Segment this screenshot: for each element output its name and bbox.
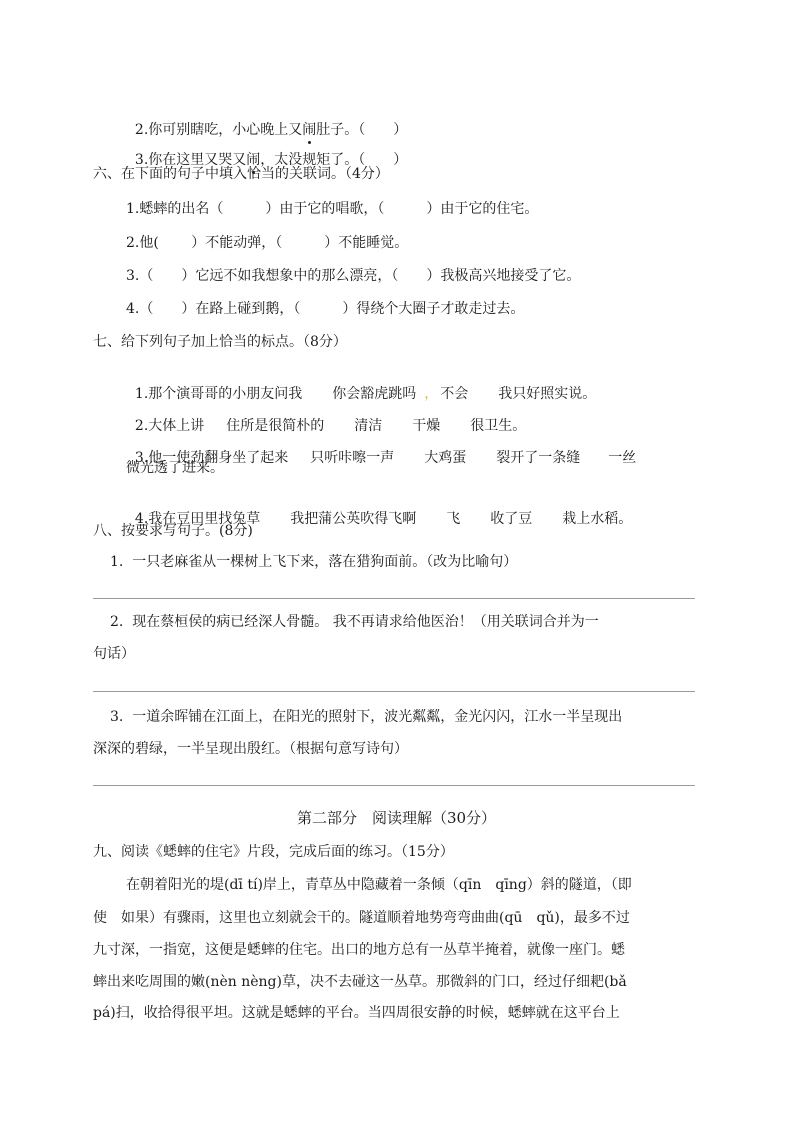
clause: 只听咔嚓一声 — [310, 450, 394, 466]
passage-line-5: pá)扫，收拾得很平坦。这就是蟋蟀的平台。当四周很安静的时候，蟋蟀就在这平台上 — [93, 1003, 620, 1023]
clause: 收了豆 — [490, 511, 532, 527]
clause: 一丝 — [608, 450, 636, 466]
question-8-item-3: 3. 一道余晖铺在江面上，在阳光的照射下，波光粼粼，金光闪闪，江水一半呈现出 — [110, 707, 622, 727]
answer-line-1[interactable] — [93, 598, 695, 599]
clause: 大鸡蛋 — [424, 450, 466, 466]
section-7-title: 七、给下列句子加上恰当的标点。（8分） — [93, 332, 347, 352]
question-8-item-2: 2. 现在蔡桓侯的病已经深人骨髓。 我不再请求给他医治！（用关联词合并为一 — [110, 612, 599, 632]
clause: 裂开了一条缝 — [496, 450, 580, 466]
passage-line-2: 使 如果）有骤雨，这里也立刻就会干的。隧道顺着地势弯弯曲曲(qū qǔ)，最多不… — [93, 908, 630, 928]
section-6-title: 六、在下面的句子中填入恰当的关联词。（4分） — [93, 164, 389, 184]
passage-line-3: 九寸深，一指宽，这便是蟋蟀的住宅。出口的地方总有一丛草半掩着，就像一座门。蟋 — [93, 940, 625, 960]
part-2-title: 第二部分 阅读理解（30分） — [0, 807, 793, 829]
question-6-item-2: 2.他( ）不能动弹，（ ）不能睡觉。 — [126, 233, 408, 253]
question-7-item-3-continuation: 微光透了进来。 — [126, 458, 224, 478]
clause: 我把蒲公英吹得飞啊 — [290, 511, 416, 527]
clause: 栽上水稻。 — [562, 511, 632, 527]
question-6-item-3: 3.（ ）它远不如我想象中的那么漂亮，（ ）我极高兴地接受了它。 — [126, 266, 580, 286]
question-6-item-4: 4.（ ）在路上碰到鹅，（ ）得绕个大圈子才敢走过去。 — [126, 299, 524, 319]
question-8-item-1: 1. 一只老麻雀从一棵树上飞下来，落在猎狗面前。（改为比喻句） — [110, 552, 517, 572]
section-8-title: 八、按要求写句子。(8分) — [93, 521, 253, 541]
clause: 飞 — [446, 511, 460, 527]
passage-line-4: 蟀出来吃周围的嫩(nèn nèng)草，决不去碰这一丛草。那微斜的门口，经过仔细… — [93, 972, 627, 992]
answer-line-2[interactable] — [93, 691, 695, 692]
answer-line-3[interactable] — [93, 785, 695, 786]
question-6-item-1: 1.蟋蟀的出名（ ）由于它的唱歌，（ ）由于它的住宅。 — [126, 199, 538, 219]
passage-line-1: 在朝着阳光的堤(dī tí)岸上，青草丛中隐藏着一条倾（qīn qīng）斜的隧… — [126, 875, 632, 895]
section-9-title: 九、阅读《蟋蟀的住宅》片段，完成后面的练习。（15分） — [93, 842, 454, 862]
question-8-item-2-continuation: 句话） — [93, 644, 135, 664]
question-8-item-3-continuation: 深深的碧绿，一半呈现出殷红。（根据句意写诗句） — [93, 739, 408, 759]
